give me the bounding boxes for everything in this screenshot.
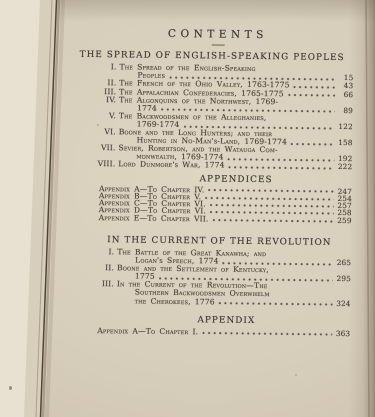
entry-line: Lord Dunmore's War, 1774222 xyxy=(118,161,352,172)
paper-speck xyxy=(9,386,12,390)
section-heading: THE SPREAD OF ENGLISH-SPEAKING PEOPLES xyxy=(80,50,340,63)
entry-page-number: 158 xyxy=(338,139,353,147)
leader-dots xyxy=(228,158,335,162)
entry-page-number: 265 xyxy=(336,259,351,267)
leader-dots xyxy=(288,94,336,98)
entry-title-text: Appendix A—To Chapter I. xyxy=(97,327,198,336)
entry-page-number: 259 xyxy=(337,217,352,224)
entry-page-number: 363 xyxy=(335,330,350,338)
entry-numeral: IV. xyxy=(93,96,119,104)
leader-dots xyxy=(294,86,336,90)
entry-numeral: VI. xyxy=(93,128,119,136)
toc-sections: THE SPREAD OF ENGLISH-SPEAKING PEOPLESI.… xyxy=(90,50,353,338)
entry-numeral: II. xyxy=(91,264,117,272)
entry-title-text: the Cherokees, 1776 xyxy=(135,297,215,306)
leader-dots xyxy=(219,302,333,306)
page-title: CONTENTS xyxy=(88,27,348,42)
entry-body: In the Current of the Revolution—TheSout… xyxy=(117,281,351,308)
entry-numeral: I. xyxy=(93,63,119,71)
section-heading: APPENDIX xyxy=(96,314,356,327)
entry-page-number: 122 xyxy=(338,123,353,131)
book-page-photo: CONTENTS THE SPREAD OF ENGLISH-SPEAKING … xyxy=(0,0,375,417)
entry-title-text: Lord Dunmore's War, 1774 xyxy=(118,161,224,170)
entry-numeral: VIII. xyxy=(92,160,118,168)
entry-page-number: 295 xyxy=(336,275,351,283)
entry-numeral: I. xyxy=(91,248,117,256)
entry-page-number: 89 xyxy=(338,107,353,115)
paper-speck xyxy=(295,374,297,376)
title-rule xyxy=(211,44,224,45)
entry-page-number: 66 xyxy=(338,91,353,99)
leader-dots xyxy=(291,142,335,146)
entry-page-number: 324 xyxy=(336,300,351,308)
page-right-edge-shadow xyxy=(363,0,375,417)
table-of-contents: CONTENTS THE SPREAD OF ENGLISH-SPEAKING … xyxy=(90,27,354,338)
leader-dots xyxy=(212,218,333,222)
entry-line: the Cherokees, 1776324 xyxy=(117,297,351,308)
entry-title-text: Appendix E—To Chapter VII. xyxy=(99,214,209,223)
toc-entry: III.In the Current of the Revolution—The… xyxy=(91,280,351,307)
entry-numeral: V. xyxy=(93,112,119,120)
leader-dots xyxy=(202,332,332,337)
entry-numeral: III. xyxy=(91,280,117,288)
section-heading: IN THE CURRENT OF THE REVOLUTION xyxy=(89,235,349,248)
entry-page-number: 222 xyxy=(337,163,352,171)
leader-dots xyxy=(229,166,335,170)
entry-numeral: VII. xyxy=(92,144,118,152)
entry-body: Lord Dunmore's War, 1774222 xyxy=(118,161,352,172)
